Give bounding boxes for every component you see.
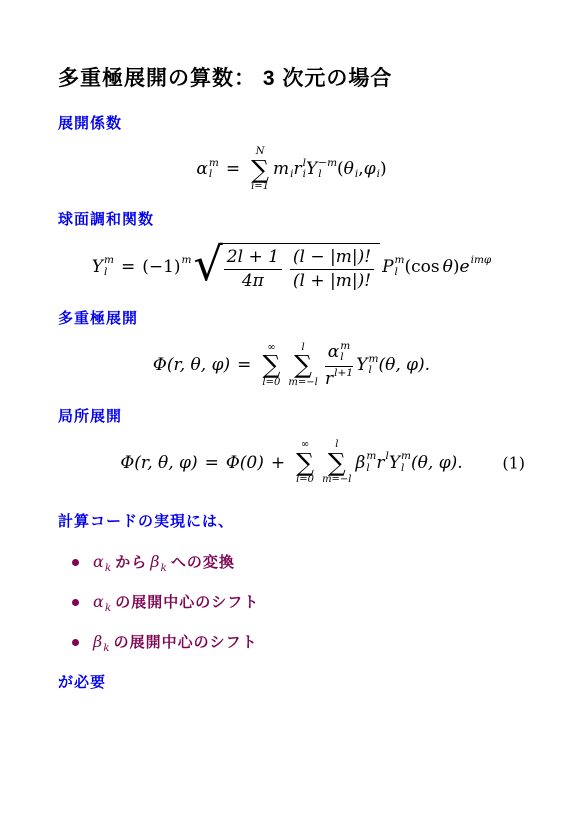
page-title: 多重極展開の算数： 3 次元の場合	[58, 62, 525, 92]
math-alpha-k: αk	[93, 592, 112, 614]
bullet-list: αk から βk への変換 αk の展開中心のシフト βk の展開中心のシフト	[72, 551, 525, 655]
equals-sign: =	[226, 159, 240, 179]
sum-operator-m: l ∑ m=−l	[288, 342, 317, 389]
math-args: (θ, φ).	[411, 453, 463, 473]
equation-local-expansion: Φ(r, θ, φ) = Φ(0) + ∞ ∑ l=0 l ∑ m=−l β m…	[58, 439, 525, 486]
math-potential-lhs: Φ(r, θ, φ)	[153, 355, 230, 375]
equals-sign: =	[205, 453, 219, 473]
bullet-text: の展開中心のシフト	[115, 591, 259, 612]
math-beta-k: βk	[150, 552, 168, 574]
math-exp-imphi: e imφ	[460, 255, 492, 278]
list-item-alpha-to-beta: αk から βk への変換	[72, 551, 525, 574]
sqrt-radical-icon: √	[193, 241, 222, 287]
paren-close: )	[453, 257, 460, 277]
note-intro: 計算コードの実現には、	[58, 510, 525, 531]
paren-open: (	[405, 257, 412, 277]
equation-spherical-harmonics: Y ml = (−1) m √ 2l + 1 4π (l − |m|)! (l …	[58, 242, 525, 292]
math-alpha-k: αk	[93, 552, 112, 574]
bullet-icon	[72, 639, 79, 646]
sum-operator: N ∑ i=1	[251, 146, 269, 193]
math-m-i: m i	[273, 158, 293, 181]
equation-row: α ml = N ∑ i=1 m i r li Y −ml (	[58, 146, 525, 193]
section-heading-multipole-expansion: 多重極展開	[58, 307, 525, 328]
sum-operator-m: l ∑ m=−l	[322, 439, 351, 486]
equation-number: (1)	[502, 453, 525, 472]
math-alpha-lm: α ml	[196, 158, 218, 181]
math-potential-lhs: Φ(r, θ, φ)	[120, 453, 197, 473]
equation-row: Φ(r, θ, φ) = ∞ ∑ l=0 l ∑ m=−l α ml	[58, 341, 525, 391]
sum-operator-l: ∞ ∑ l=0	[262, 342, 280, 389]
math-P-lm: P ml	[382, 255, 404, 278]
bullet-text: への変換	[171, 551, 235, 572]
sum-operator-l: ∞ ∑ l=0	[296, 439, 314, 486]
math-theta: θ	[443, 257, 453, 277]
paren-close: )	[380, 159, 387, 179]
square-root: √ 2l + 1 4π (l − |m|)! (l + |m|)!	[193, 242, 380, 292]
section-heading-expansion-coefficient: 展開係数	[58, 112, 525, 133]
bullet-icon	[72, 599, 79, 606]
equation-expansion-coefficient: α ml = N ∑ i=1 m i r li Y −ml (	[58, 146, 525, 193]
note-outro: が必要	[58, 671, 525, 692]
bullet-text: から	[115, 551, 147, 572]
math-r-power-l: r l	[376, 451, 389, 474]
fraction-2l1-4pi: 2l + 1 4π	[224, 247, 282, 292]
bullet-text: の展開中心のシフト	[114, 631, 258, 652]
math-beta-k: βk	[93, 632, 111, 654]
math-beta-lm: β ml	[356, 451, 377, 474]
math-r-il: r li	[294, 158, 307, 181]
bullet-icon	[72, 559, 79, 566]
cos-function: cos	[411, 257, 439, 277]
document-page: 多重極展開の算数： 3 次元の場合 展開係数 α ml = N ∑ i=1 m …	[0, 0, 579, 692]
math-Y-lm: Y ml	[356, 354, 378, 377]
equals-sign: =	[121, 257, 135, 277]
fraction-factorials: (l − |m|)! (l + |m|)!	[290, 247, 374, 292]
math-minus-one-power-m: (−1) m	[142, 255, 191, 278]
fraction-alpha-over-r: α ml r l+1	[325, 341, 353, 391]
equals-sign: =	[237, 355, 251, 375]
plus-sign: +	[271, 453, 285, 473]
equation-multipole-expansion: Φ(r, θ, φ) = ∞ ∑ l=0 l ∑ m=−l α ml	[58, 341, 525, 391]
section-heading-local-expansion: 局所展開	[58, 405, 525, 426]
list-item-beta-shift: βk の展開中心のシフト	[72, 631, 525, 654]
math-args: (θ, φ).	[378, 355, 430, 375]
paren-open: (	[337, 159, 344, 179]
math-phi-zero: Φ(0)	[226, 453, 264, 473]
math-theta-i: θ i	[344, 158, 359, 181]
math-Y-lm: Y ml	[389, 451, 411, 474]
math-Y-lm: Y −ml	[306, 158, 337, 181]
equation-row: Y ml = (−1) m √ 2l + 1 4π (l − |m|)! (l …	[58, 242, 525, 292]
math-Y-lm: Y ml	[92, 255, 114, 278]
section-heading-spherical-harmonics: 球面調和関数	[58, 208, 525, 229]
list-item-alpha-shift: αk の展開中心のシフト	[72, 591, 525, 614]
math-phi-i: φ i	[364, 158, 380, 181]
equation-row: Φ(r, θ, φ) = Φ(0) + ∞ ∑ l=0 l ∑ m=−l β m…	[58, 439, 525, 486]
